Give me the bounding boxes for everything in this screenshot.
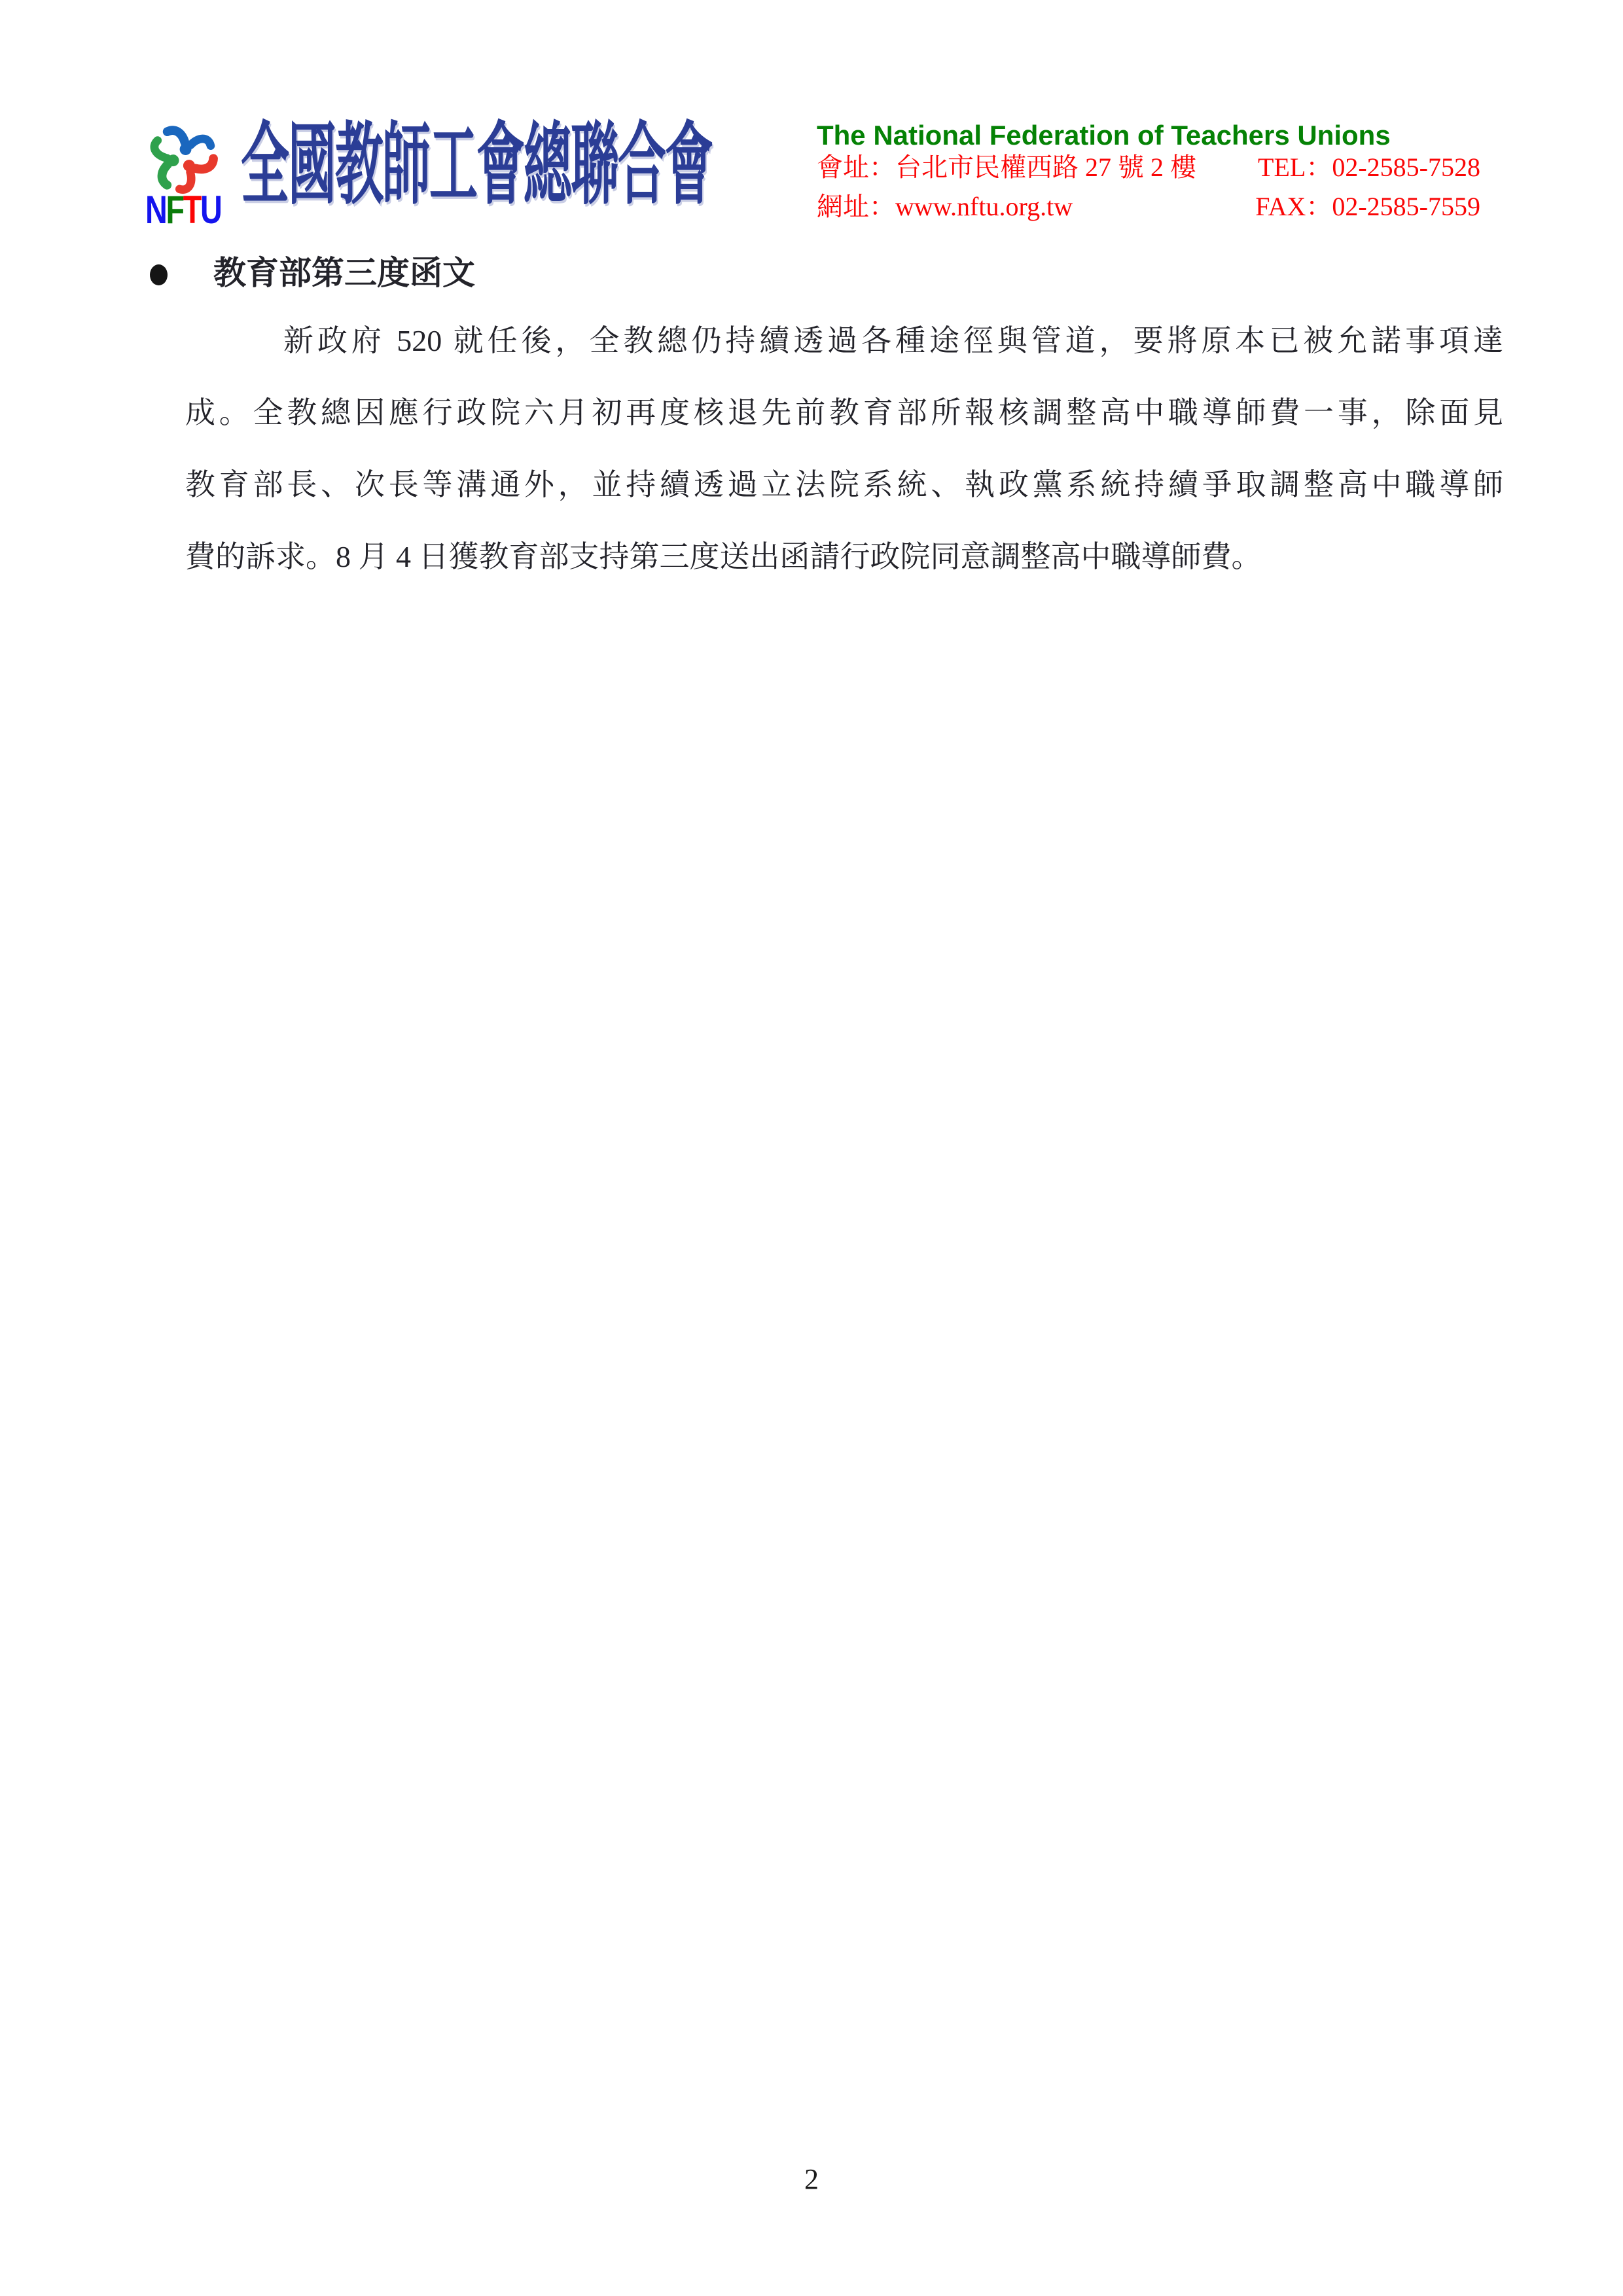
- website-text: 網址：www.nftu.org.tw: [817, 191, 1073, 223]
- nftu-triskelion-logo-icon: [147, 120, 218, 195]
- contact-row-address-tel: 會址：台北市民權西路 27 號 2 樓 TEL：02-2585-7528: [817, 152, 1480, 183]
- logo-letter: U: [200, 188, 221, 232]
- logo-figure-green: [153, 137, 184, 186]
- page-number: 2: [0, 2162, 1623, 2196]
- bullet-icon: [150, 264, 168, 285]
- logo-figure-red: [168, 146, 217, 192]
- paragraph-line: 費的訴求。8 月 4 日獲教育部支持第三度送出函請行政院同意調整高中職導師費。: [185, 521, 1503, 593]
- logo-letter: F: [166, 188, 183, 232]
- paragraph-line: 教育部長、次長等溝通外，並持續透過立法院系統、執政黨系統持續爭取調整高中職導師: [185, 449, 1503, 521]
- body-paragraph: 新政府 520 就任後，全教總仍持續透過各種途徑與管道，要將原本已被允諾事項達 …: [185, 305, 1503, 593]
- paragraph-line: 新政府 520 就任後，全教總仍持續透過各種途徑與管道，要將原本已被允諾事項達: [185, 305, 1503, 377]
- paragraph-line: 成。全教總因應行政院六月初再度核退先前教育部所報核調整高中職導師費一事，除面見: [185, 377, 1503, 449]
- logo-letter: N: [145, 188, 166, 232]
- nftu-logo-text: NFTU: [145, 190, 221, 230]
- fax-text: FAX：02-2585-7559: [1255, 191, 1480, 223]
- contact-row-web-fax: 網址：www.nftu.org.tw FAX：02-2585-7559: [817, 191, 1480, 223]
- logo-letter: T: [183, 188, 200, 232]
- section-heading: 教育部第三度函文: [213, 255, 475, 291]
- org-name-chinese: 全國教師工會總聯合會: [241, 122, 712, 211]
- tel-text: TEL：02-2585-7528: [1258, 152, 1480, 183]
- document-page: NFTU 全國教師工會總聯合會 The National Federation …: [0, 0, 1623, 2296]
- org-name-english: The National Federation of Teachers Unio…: [817, 122, 1391, 149]
- address-text: 會址：台北市民權西路 27 號 2 樓: [817, 152, 1196, 183]
